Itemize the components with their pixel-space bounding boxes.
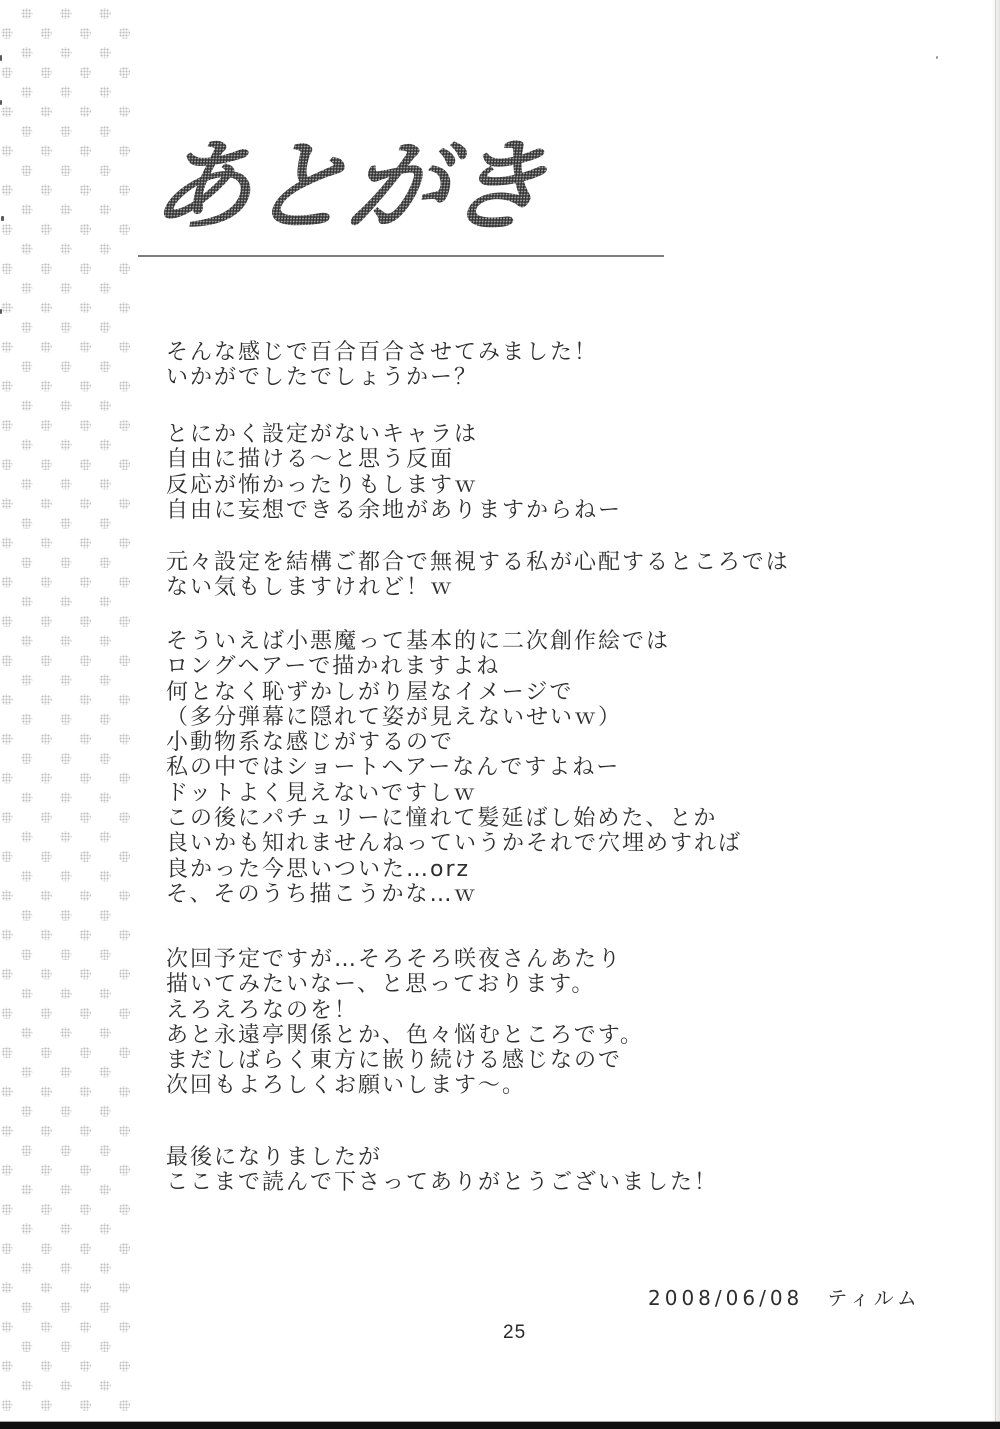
scan-speck — [0, 100, 2, 105]
scan-speck — [0, 309, 2, 314]
text-line: そ、そのうち描こうかな…ｗ — [166, 882, 742, 907]
text-line: 自由に描ける～と思う反面 — [166, 447, 622, 472]
scanned-afterword-page: あとがき そんな感じで百合百合させてみました！いかがでしたでしょうかー？とにかく… — [0, 0, 1000, 1429]
text-line: とにかく設定がないキャラは — [166, 422, 622, 447]
text-line: ロングヘアーで描かれますよね — [166, 654, 742, 679]
text-line: 小動物系な感じがするので — [166, 730, 742, 755]
scan-edge-right — [992, 0, 1000, 1429]
text-line: 次回もよろしくお願いします～。 — [166, 1073, 644, 1098]
text-line: 描いてみたいなー、と思っております。 — [166, 972, 644, 997]
body-text: そんな感じで百合百合させてみました！いかがでしたでしょうかー？とにかく設定がない… — [0, 0, 1000, 1429]
paragraph: そういえば小悪魔って基本的に二次創作絵ではロングヘアーで描かれますよね何となく恥… — [166, 629, 742, 907]
text-line: 最後になりましたが — [166, 1145, 718, 1170]
text-line: そんな感じで百合百合させてみました！ — [166, 340, 598, 365]
text-line: （多分弾幕に隠れて姿が見えないせいｗ） — [166, 705, 742, 730]
text-line: ドットよく見えないですしｗ — [166, 781, 742, 806]
scan-speck — [1, 216, 4, 221]
text-line: えろえろなのを！ — [166, 998, 644, 1023]
text-line: まだしばらく東方に嵌り続ける感じなので — [166, 1048, 644, 1073]
text-line: 何となく恥ずかしがり屋なイメージで — [166, 680, 742, 705]
paragraph: 元々設定を結構ご都合で無視する私が心配するところではない気もしますけれど！ｗ — [166, 550, 790, 601]
text-line: この後にパチュリーに憧れて髪延ばし始めた、とか — [166, 806, 742, 831]
text-line: ない気もしますけれど！ｗ — [166, 575, 790, 600]
text-line: あと永遠亭関係とか、色々悩むところです。 — [166, 1023, 644, 1048]
text-line: ここまで読んで下さってありがとうございました！ — [166, 1170, 718, 1195]
paragraph: そんな感じで百合百合させてみました！いかがでしたでしょうかー？ — [166, 340, 598, 391]
date-signature: 2008/06/08 ティルム — [648, 1282, 921, 1311]
text-line: いかがでしたでしょうかー？ — [166, 365, 598, 390]
paragraph: 最後になりましたがここまで読んで下さってありがとうございました！ — [166, 1145, 718, 1196]
text-line: 次回予定ですが…そろそろ咲夜さんあたり — [166, 947, 644, 972]
text-line: 元々設定を結構ご都合で無視する私が心配するところでは — [166, 550, 790, 575]
text-line: 反応が怖かったりもしますｗ — [166, 473, 622, 498]
page-number: 25 — [503, 1322, 526, 1344]
text-line: 自由に妄想できる余地がありますからねー — [166, 498, 622, 523]
paragraph: とにかく設定がないキャラは自由に描ける～と思う反面反応が怖かったりもしますｗ自由… — [166, 422, 622, 523]
text-line: 私の中ではショートヘアーなんですよねー — [166, 755, 742, 780]
text-line: 良かった今思いついた…orz — [166, 857, 742, 882]
text-line: 良いかも知れませんねっていうかそれで穴埋めすれば — [166, 831, 742, 856]
scan-edge-bottom — [0, 1422, 1000, 1429]
scan-speck — [936, 56, 938, 59]
scan-speck — [0, 55, 2, 61]
paragraph: 次回予定ですが…そろそろ咲夜さんあたり描いてみたいなー、と思っております。えろえ… — [166, 947, 644, 1099]
text-line: そういえば小悪魔って基本的に二次創作絵では — [166, 629, 742, 654]
